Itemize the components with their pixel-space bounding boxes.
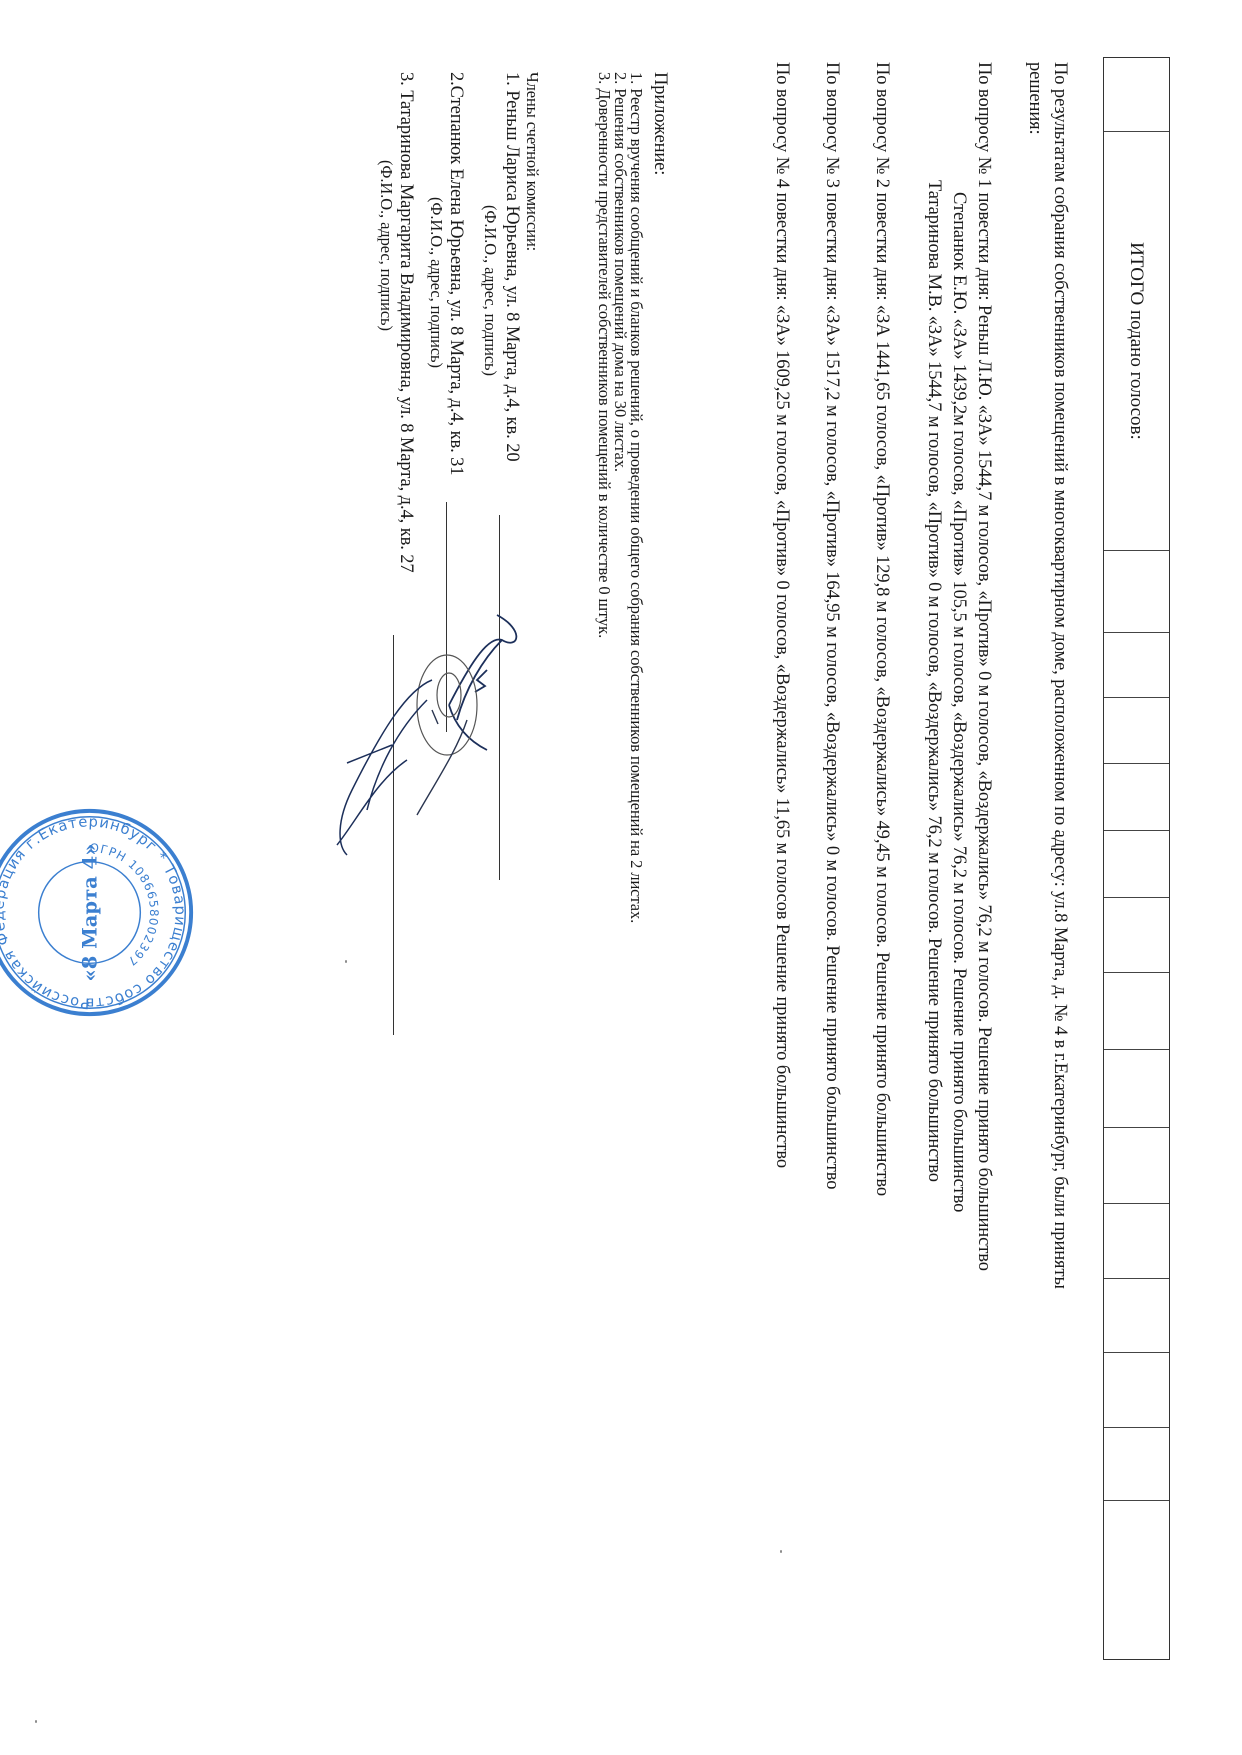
table-cell (1104, 698, 1169, 764)
organization-stamp: Российская Федерация г.Екатеринбург * То… (0, 805, 197, 1020)
appendix-title: Приложение: (649, 72, 670, 175)
table-cell (1104, 551, 1169, 633)
scan-speck (35, 1720, 37, 1723)
votes-total-table: ИТОГО подано голосов: (1103, 57, 1170, 1660)
table-cell (1104, 1050, 1169, 1128)
table-cell (1104, 1501, 1169, 1659)
table-cell (1104, 1428, 1169, 1501)
signature-tatarinova (327, 670, 437, 860)
question-4-text: По вопросу № 4 повестки дня: «ЗА» 1609,2… (771, 62, 792, 1168)
table-cell (1104, 1279, 1169, 1353)
scan-speck (345, 960, 347, 963)
commission-member: 1. Реньш Лариса Юрьевна, ул. 8 Марта, д.… (501, 72, 522, 462)
question-1-text: По вопросу № 1 повестки дня: Реньш Л.Ю. … (973, 62, 994, 1271)
table-cell (1104, 831, 1169, 898)
table-cell (1104, 58, 1169, 132)
scan-speck (780, 1550, 782, 1553)
table-total-label: ИТОГО подано голосов: (1104, 132, 1169, 551)
question-3-text: По вопросу № 3 повестки дня: «ЗА» 1517,2… (821, 62, 842, 1189)
member-caption: (Ф.И.О., адрес, подпись) (376, 160, 396, 331)
intro-text: решения: (1024, 62, 1045, 135)
table-cell (1104, 1128, 1169, 1204)
commission-title: Члены счетной комиссии: (522, 72, 542, 251)
member-caption: (Ф.И.О., адрес, подпись) (480, 205, 500, 376)
intro-text: По результатам собрания собственников по… (1049, 62, 1070, 1289)
table-cell (1104, 1353, 1169, 1428)
appendix-item: 3. Доверенности представителей собственн… (594, 72, 614, 638)
table-cell (1104, 1204, 1169, 1279)
commission-member: 3. Татаринова Маргарита Владимировна, ул… (395, 72, 416, 573)
table-cell (1104, 898, 1169, 973)
question-2-text: По вопросу № 2 повестки дня: «ЗА 1441,65… (871, 62, 892, 1196)
scanned-document-page: ИТОГО подано голосов: По результатам соб… (0, 0, 1242, 1755)
table-cell (1104, 764, 1169, 831)
table-cell (1104, 973, 1169, 1050)
table-cell (1104, 633, 1169, 698)
commission-member: 2.Степанюк Елена Юрьевна, ул. 8 Марта, д… (445, 72, 466, 475)
stamp-center-text: «8 Марта 4» (78, 844, 101, 982)
question-1-text: Степанюк Е.Ю. «ЗА» 1439,2м голосов, «Про… (948, 192, 969, 1212)
question-1-text: Татаринова М.В. «ЗА» 1544,7 м голосов, «… (923, 180, 944, 1182)
member-caption: (Ф.И.О., адрес, подпись) (426, 197, 446, 368)
